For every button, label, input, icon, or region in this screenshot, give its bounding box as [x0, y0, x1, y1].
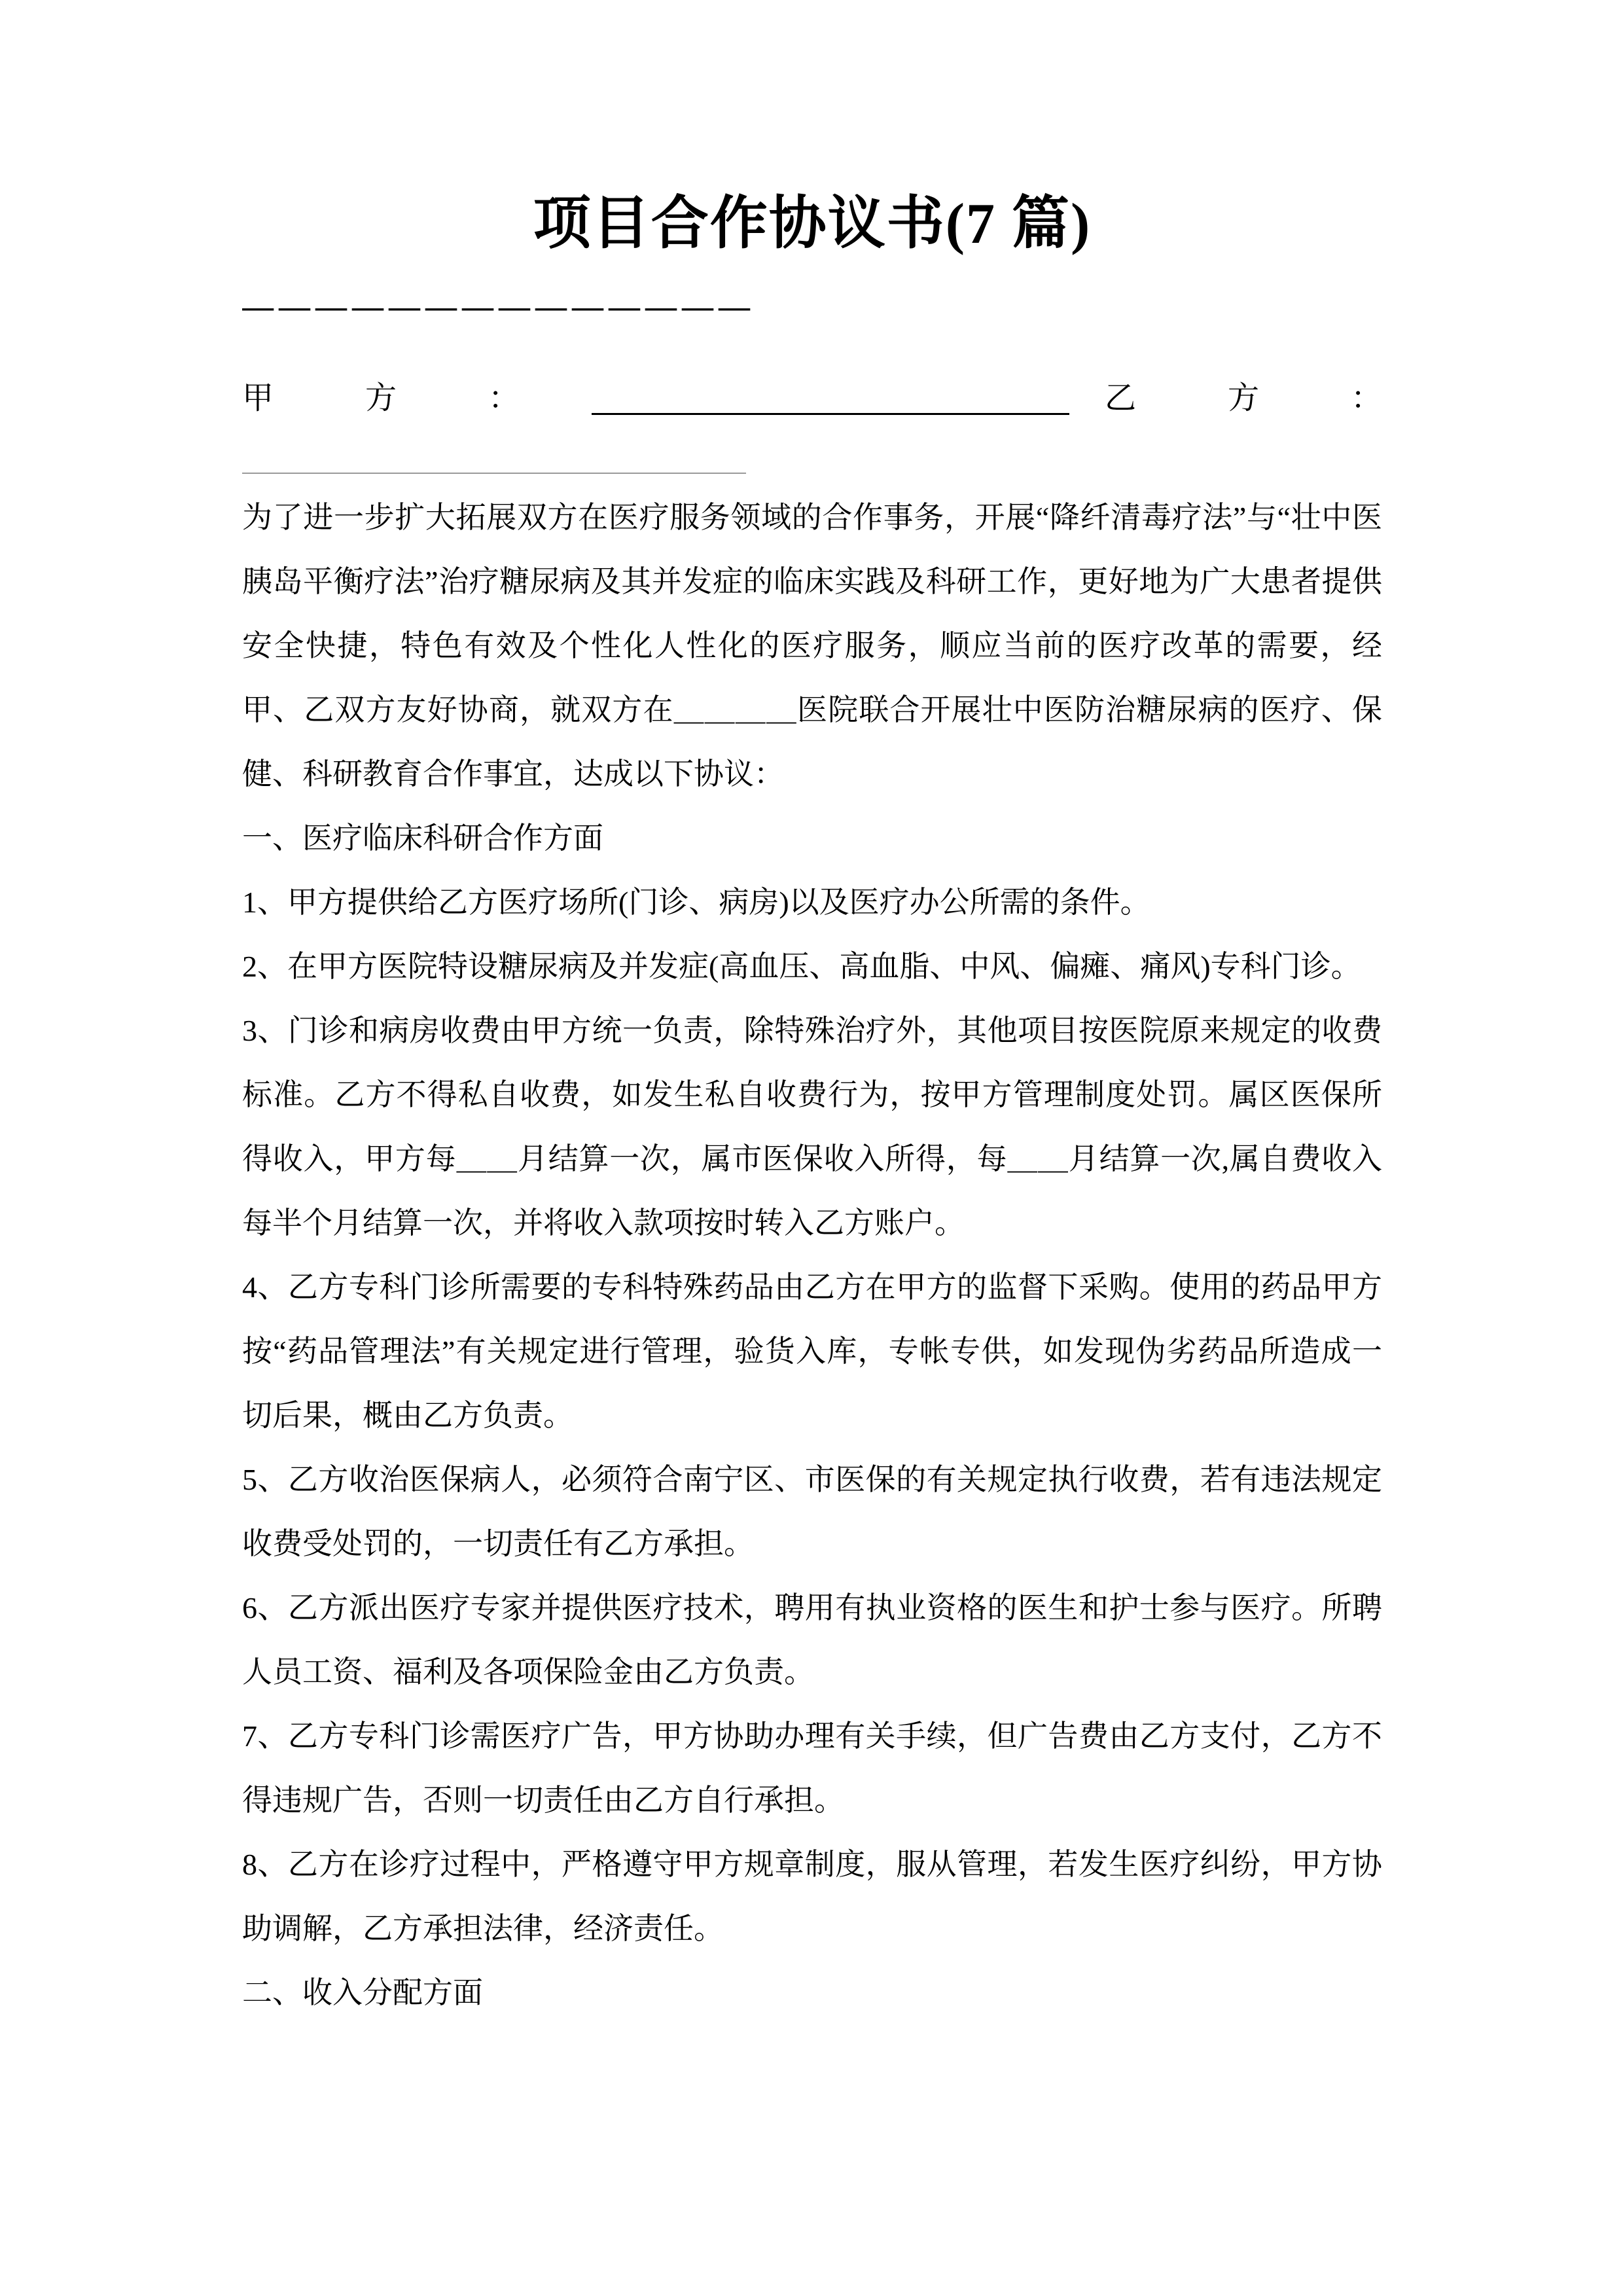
opening-paragraph: 为了进一步扩大拓展双方在医疗服务领域的合作事务，开展“降纤清毒疗法”与“壮中医胰…: [242, 486, 1382, 806]
clause-3: 3、门诊和病房收费由甲方统一负责，除特殊治疗外，其他项目按医院原来规定的收费标准…: [242, 999, 1382, 1255]
document-page: 项目合作协议书(7 篇) —————————————— 甲方： 乙方： 为了进一…: [0, 0, 1623, 2296]
party-a-label: 甲方：: [242, 382, 611, 416]
section-2-heading: 二、收入分配方面: [242, 1961, 1382, 2025]
party-a-blank-line: [592, 410, 1069, 415]
party-row: 甲方： 乙方：: [242, 382, 1382, 416]
agreement-body: 为了进一步扩大拓展双方在医疗服务领域的合作事务，开展“降纤清毒疗法”与“壮中医胰…: [242, 486, 1382, 2025]
party-b-label: 乙方：: [1105, 382, 1474, 416]
clause-7: 7、乙方专科门诊需医疗广告，甲方协助办理有关手续，但广告费由乙方支付，乙方不得违…: [242, 1704, 1382, 1833]
clause-8: 8、乙方在诊疗过程中，严格遵守甲方规章制度，服从管理，若发生医疗纠纷，甲方协助调…: [242, 1833, 1382, 1961]
title-divider-dashes: ——————————————: [242, 291, 1382, 323]
party-b-blank-line: [242, 473, 746, 474]
clause-4: 4、乙方专科门诊所需要的专科特殊药品由乙方在甲方的监督下采购。使用的药品甲方按“…: [242, 1255, 1382, 1448]
clause-5: 5、乙方收治医保病人，必须符合南宁区、市医保的有关规定执行收费，若有违法规定收费…: [242, 1448, 1382, 1576]
clause-1: 1、甲方提供给乙方医疗场所(门诊、病房)以及医疗办公所需的条件。: [242, 870, 1382, 935]
document-content: 项目合作协议书(7 篇) —————————————— 甲方： 乙方： 为了进一…: [0, 191, 1623, 2025]
clause-2: 2、在甲方医院特设糖尿病及并发症(高血压、高血脂、中风、偏瘫、痛风)专科门诊。: [242, 935, 1382, 999]
clause-6: 6、乙方派出医疗专家并提供医疗技术，聘用有执业资格的医生和护士参与医疗。所聘人员…: [242, 1576, 1382, 1704]
section-1-heading: 一、医疗临床科研合作方面: [242, 806, 1382, 870]
page-title: 项目合作协议书(7 篇): [242, 191, 1382, 257]
party-b-blank-row: [242, 473, 1382, 474]
